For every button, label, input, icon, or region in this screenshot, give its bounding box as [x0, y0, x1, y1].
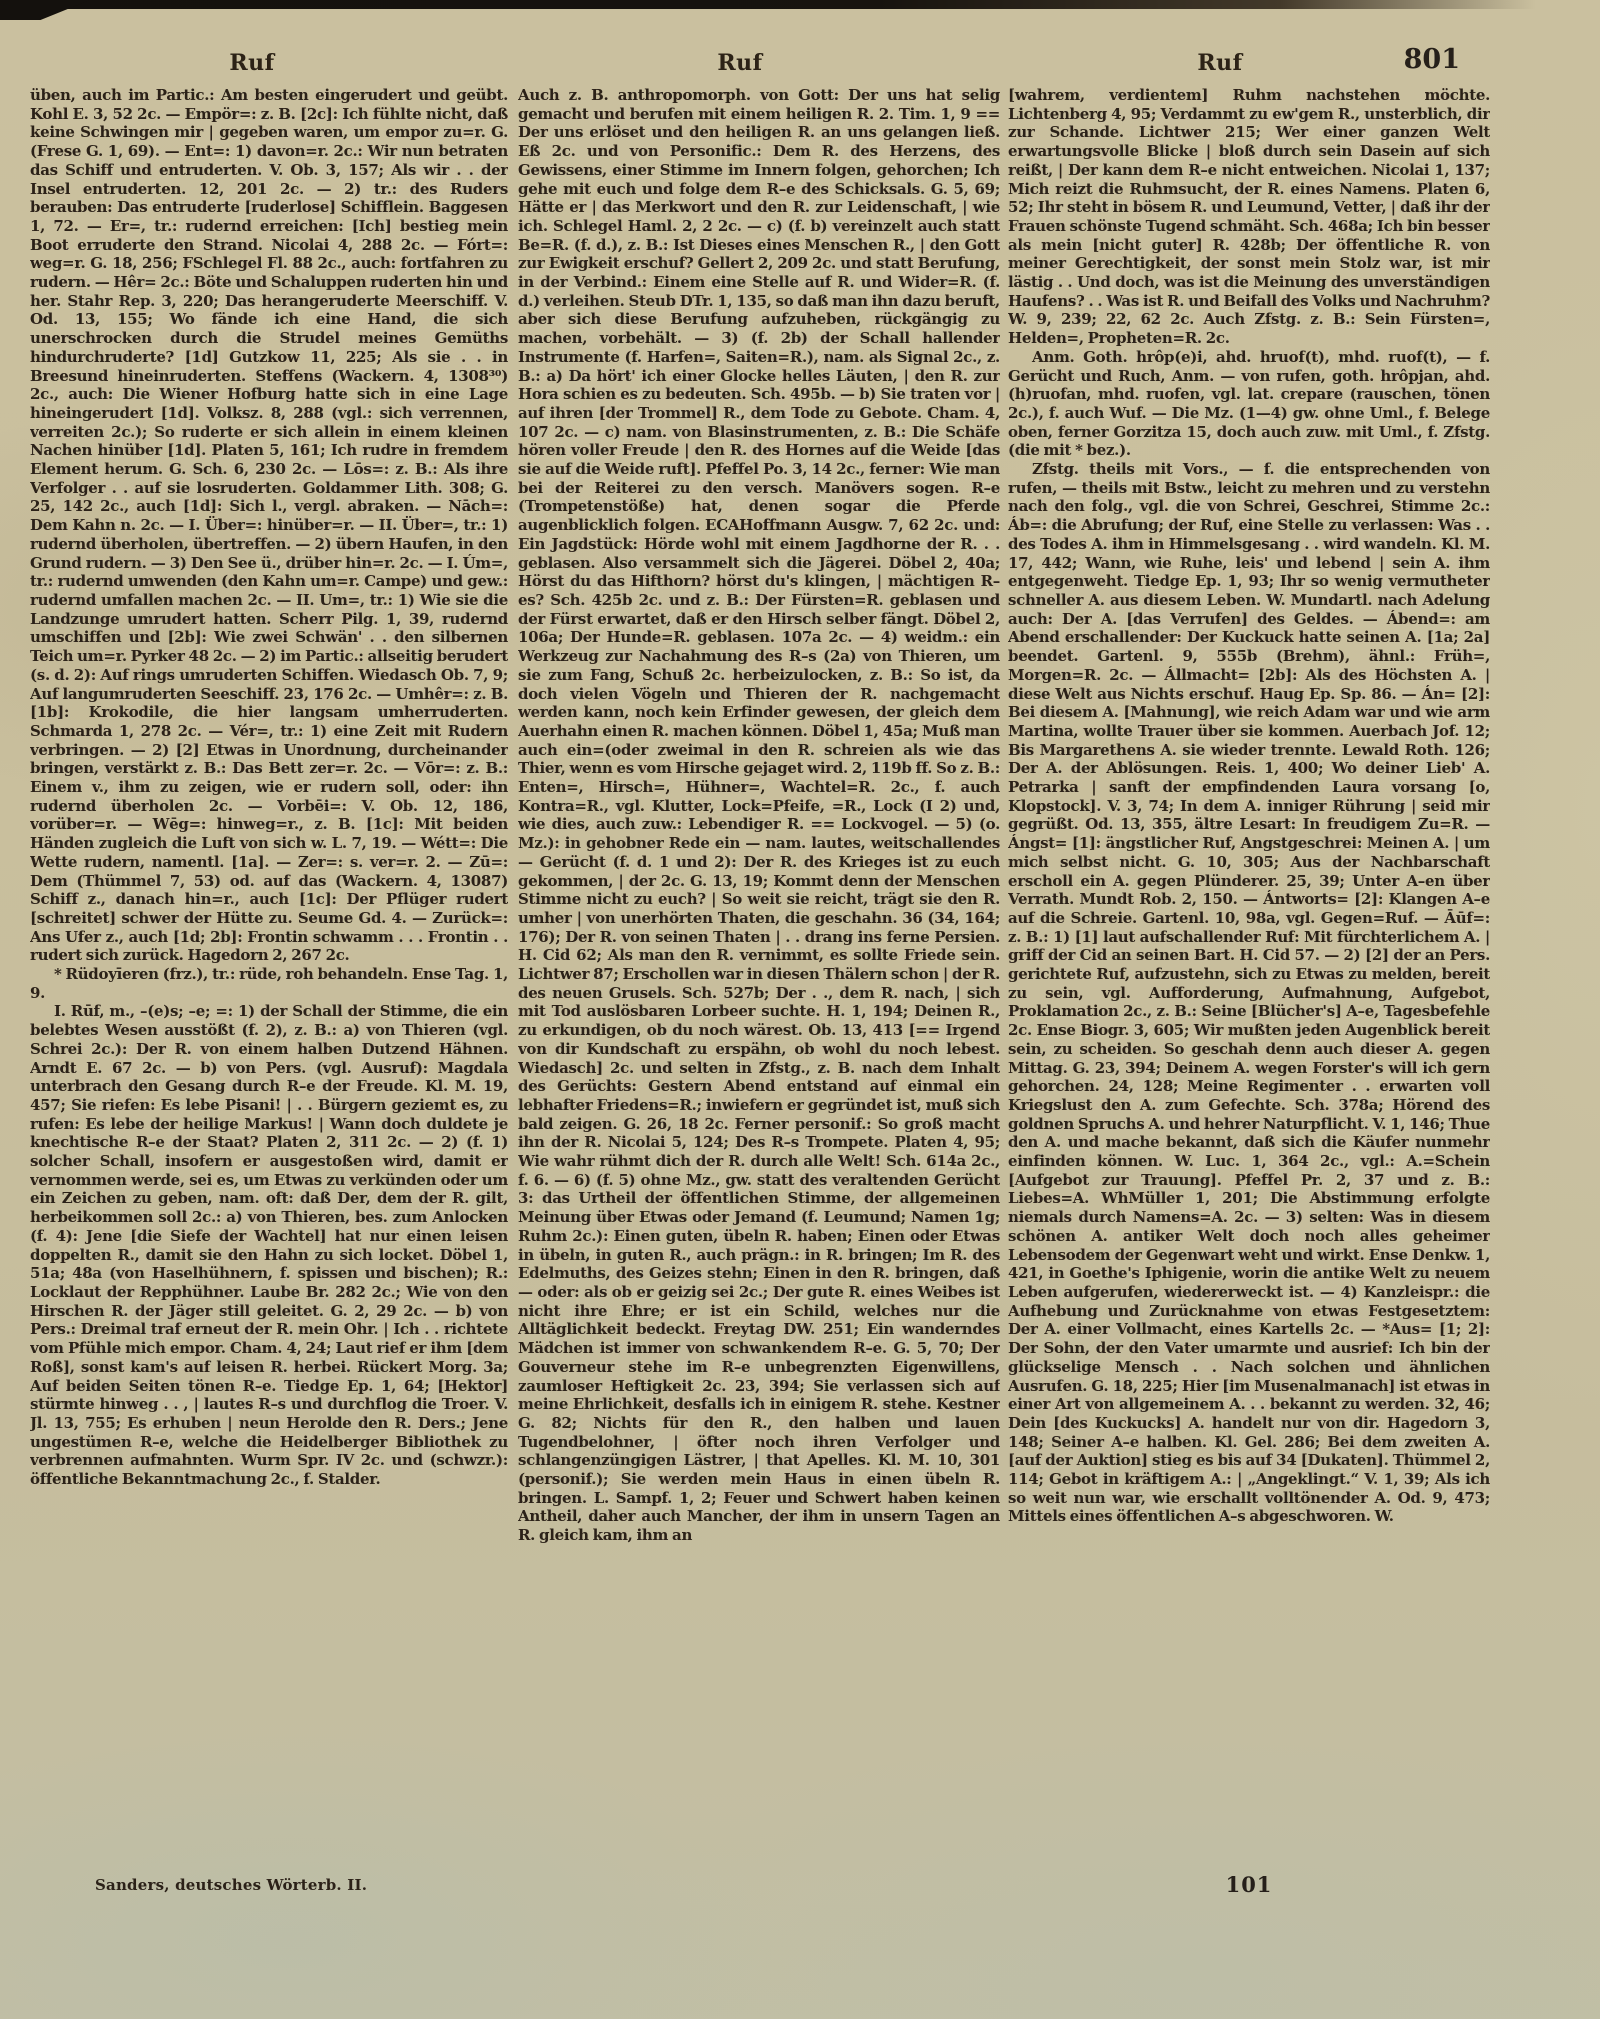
entry-ruf-i: I. Rūf, m., –(e)s; –e; =: 1) der Schall …	[30, 1002, 508, 1488]
entry-ruedoyieren: * Rüdoyīeren (frz.), tr.: rüde, roh beha…	[30, 965, 508, 1002]
text-column-2: Auch z. B. anthropomorph. von Gott: Der …	[518, 86, 1000, 1868]
scan-edge-top	[0, 0, 1600, 9]
running-head-center: Ruf	[717, 50, 762, 76]
entry-ruf-sense6-continuation: [wahrem, verdientem] Ruhm nachstehen möc…	[1008, 86, 1490, 348]
entry-ruf-continuation: Auch z. B. anthropomorph. von Gott: Der …	[518, 86, 1000, 1545]
running-head-right: Ruf	[1197, 50, 1242, 76]
sheet-signature-number: 101	[1008, 1872, 1490, 1897]
running-head-left: Ruf	[229, 50, 274, 76]
entry-ruf-zusammensetzungen: Zfstg. theils mit Vors., — f. die entspr…	[1008, 460, 1490, 1526]
scan-edge-corner	[0, 0, 90, 20]
text-column-1: üben, auch im Partic.: Am besten eingeru…	[30, 86, 508, 1868]
page-number: 801	[1385, 44, 1460, 75]
entry-rudern-compounds-continuation: üben, auch im Partic.: Am besten eingeru…	[30, 86, 508, 965]
entry-ruf-anmerkung: Anm. Goth. hrôp(e)i, ahd. hruof(t), mhd.…	[1008, 348, 1490, 460]
scanned-dictionary-page: Ruf Ruf Ruf 801 üben, auch im Partic.: A…	[0, 0, 1600, 2019]
volume-footer-line: Sanders, deutsches Wörterb. II.	[95, 1876, 367, 1894]
text-column-3: [wahrem, verdientem] Ruhm nachstehen möc…	[1008, 86, 1490, 1868]
